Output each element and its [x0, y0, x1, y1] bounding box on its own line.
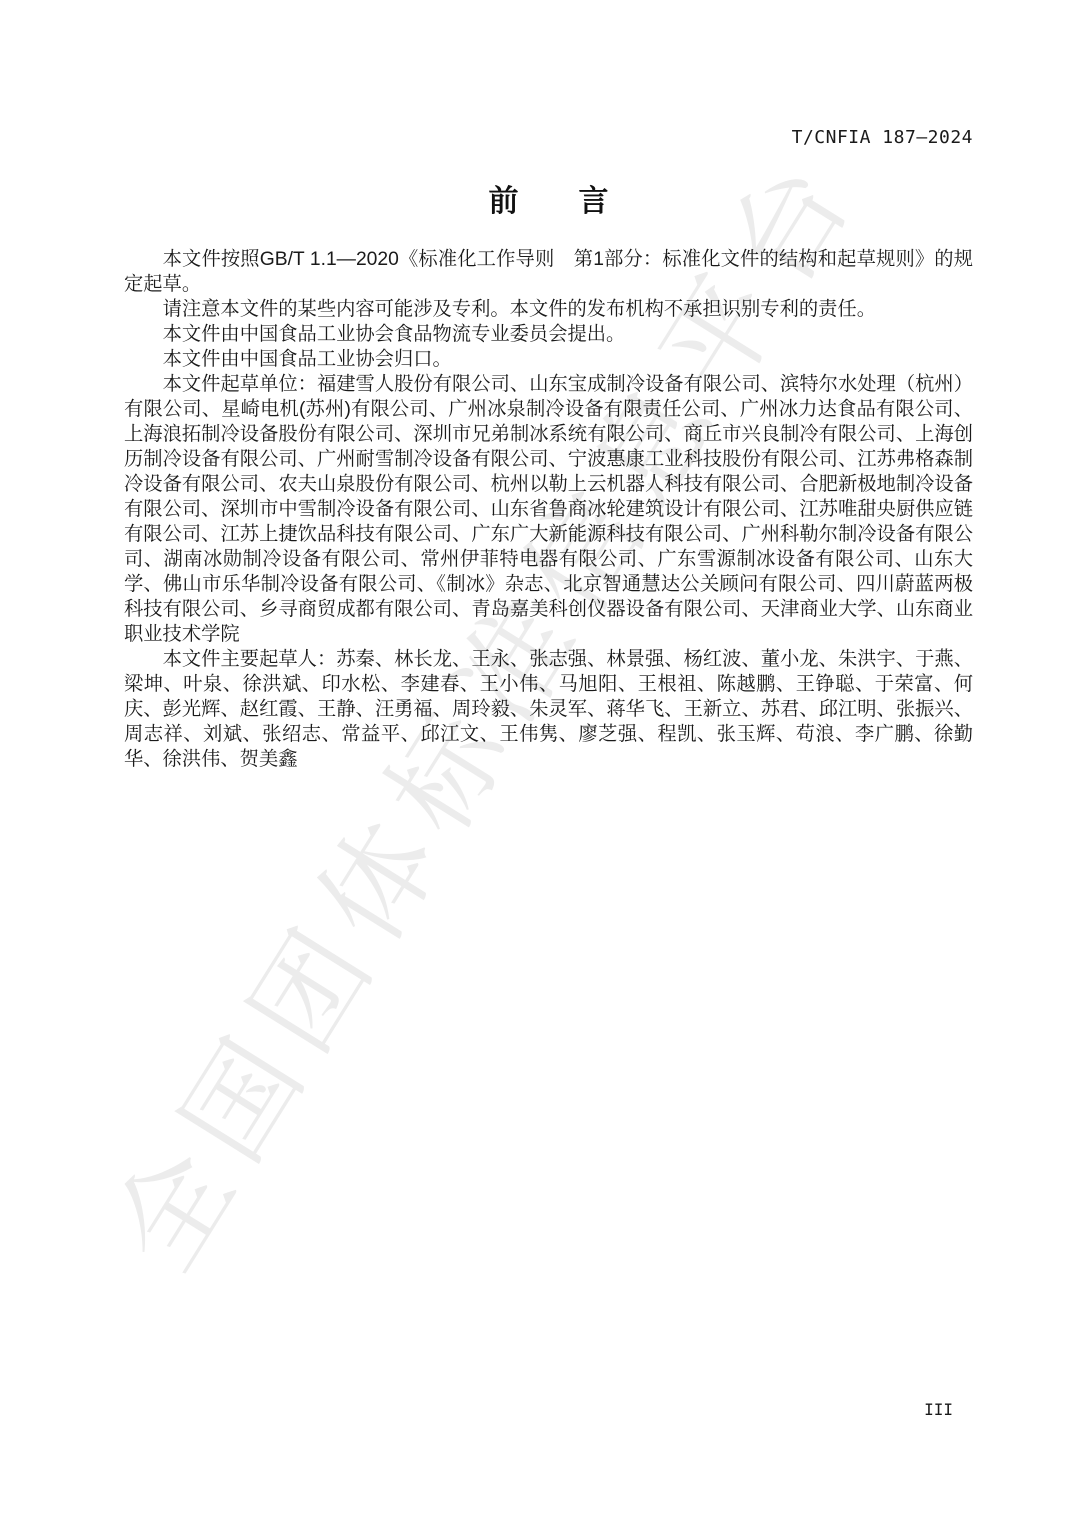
- paragraph-drafting-organizations: 本文件起草单位：福建雪人股份有限公司、山东宝成制冷设备有限公司、滨特尔水处理（杭…: [124, 372, 973, 647]
- foreword-body: 本文件按照GB/T 1.1—2020《标准化工作导则 第1部分：标准化文件的结构…: [124, 247, 973, 772]
- standard-document-page: 全国团体标准信息平台 T/CNFIA 187—2024 前 言 本文件按照GB/…: [0, 0, 1072, 1518]
- foreword-title: 前 言: [124, 176, 973, 220]
- page-number: III: [924, 1400, 953, 1419]
- document-number: T/CNFIA 187—2024: [792, 127, 973, 148]
- paragraph-under-jurisdiction: 本文件由中国食品工业协会归口。: [124, 347, 973, 372]
- paragraph-main-drafters: 本文件主要起草人：苏秦、林长龙、王永、张志强、林景强、杨红波、董小龙、朱洪宇、于…: [124, 647, 973, 772]
- paragraph-proposed-by: 本文件由中国食品工业协会食品物流专业委员会提出。: [124, 322, 973, 347]
- paragraph-drafting-basis: 本文件按照GB/T 1.1—2020《标准化工作导则 第1部分：标准化文件的结构…: [124, 247, 973, 297]
- paragraph-patent-notice: 请注意本文件的某些内容可能涉及专利。本文件的发布机构不承担识别专利的责任。: [124, 297, 973, 322]
